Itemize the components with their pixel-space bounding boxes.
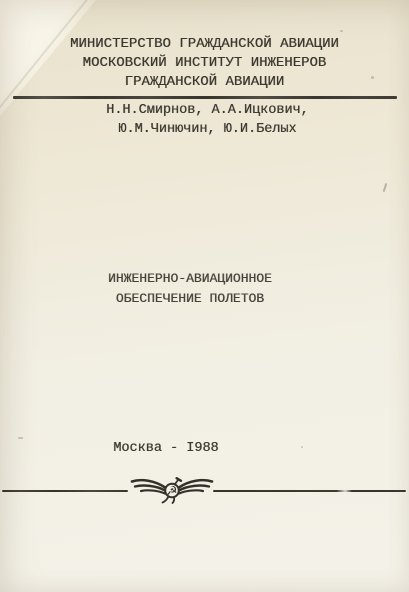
header-divider-line [13,96,397,99]
header-line-2: МОСКОВСКИЙ ИНСТИТУТ ИНЖЕНЕРОВ [0,54,409,73]
emblem-right-rule [213,490,406,492]
book-title: ИНЖЕНЕРНО-АВИАЦИОННОЕ ОБЕСПЕЧЕНИЕ ПОЛЕТО… [0,269,380,309]
authors-block: Н.Н.Смирнов, А.А.Ицкович, Ю.М.Чинючин, Ю… [0,102,409,139]
authors-line-2: Ю.М.Чинючин, Ю.И.Белых [0,121,409,140]
imprint-city-year: Москва - I988 [0,441,332,456]
paper-speckle [371,76,374,79]
hammer-sickle-glyph: ☭ [166,483,177,498]
header-line-3: ГРАЖДАНСКОЙ АВИАЦИИ [0,73,409,92]
paper-speckle [301,446,303,448]
paper-speckle [340,30,343,32]
authors-line-1: Н.Н.Смирнов, А.А.Ицкович, [0,102,409,121]
aeroflot-emblem-icon: ☭ [130,474,214,507]
header-line-1: МИНИСТЕРСТВО ГРАЖДАНСКОЙ АВИАЦИИ [0,35,409,54]
emblem-left-rule [2,490,128,492]
ministry-header: МИНИСТЕРСТВО ГРАЖДАНСКОЙ АВИАЦИИ МОСКОВС… [0,35,409,93]
paper-speckle [18,437,23,439]
scanned-title-page: МИНИСТЕРСТВО ГРАЖДАНСКОЙ АВИАЦИИ МОСКОВС… [0,0,409,592]
stray-pen-mark [383,183,387,192]
title-line-2: ОБЕСПЕЧЕНИЕ ПОЛЕТОВ [0,289,380,309]
title-line-1: ИНЖЕНЕРНО-АВИАЦИОННОЕ [0,269,380,289]
